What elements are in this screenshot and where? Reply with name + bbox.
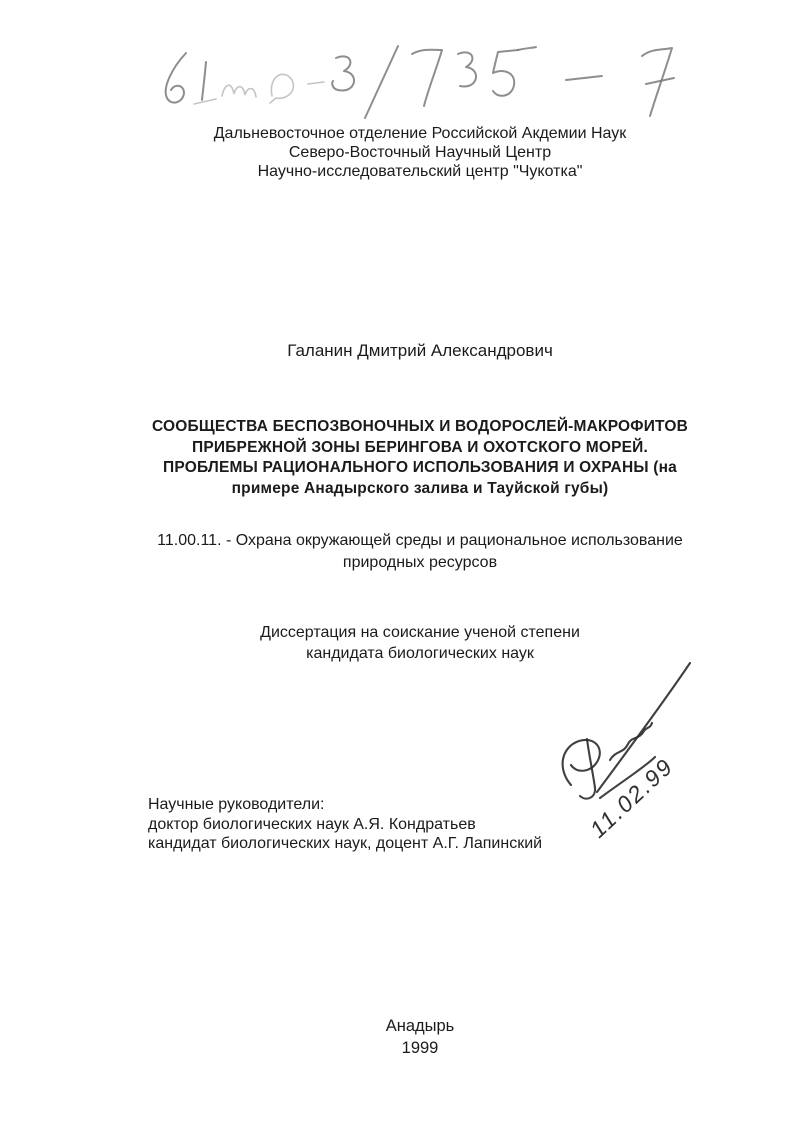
dissertation-title-line: ПРОБЛЕМЫ РАЦИОНАЛЬНОГО ИСПОЛЬЗОВАНИЯ И О… xyxy=(40,458,793,479)
handwriting-stroke xyxy=(412,50,442,106)
dissertation-title-page: Дальневосточное отделение Российской Акд… xyxy=(0,0,793,1122)
dissertation-title-line: СООБЩЕСТВА БЕСПОЗВОНОЧНЫХ И ВОДОРОСЛЕЙ-М… xyxy=(40,417,793,438)
organization-line: Северо-Восточный Научный Центр xyxy=(40,143,793,162)
handwriting-stroke xyxy=(458,52,476,86)
call-number-handwriting xyxy=(150,40,710,130)
author-name: Галанин Дмитрий Александрович xyxy=(40,340,793,361)
dissertation-title-line: ПРИБРЕЖНОЙ ЗОНЫ БЕРИНГОВА И ОХОТСКОГО МО… xyxy=(40,438,793,459)
handwriting-stroke xyxy=(365,46,398,118)
handwriting-stroke xyxy=(332,56,354,90)
dissertation-title: СООБЩЕСТВА БЕСПОЗВОНОЧНЫХ И ВОДОРОСЛЕЙ-М… xyxy=(40,417,793,499)
organization-line: Научно-исследовательский центр "Чукотка" xyxy=(40,162,793,181)
supervisor-line: кандидат биологических наук, доцент А.Г.… xyxy=(148,834,708,854)
handwriting-stroke xyxy=(270,74,293,103)
imprint-block: Анадырь 1999 xyxy=(40,1016,793,1059)
degree-statement-line: Диссертация на соискание ученой степени xyxy=(40,623,793,644)
handwriting-stroke xyxy=(202,62,206,100)
handwriting-stroke xyxy=(194,99,216,104)
handwriting-stroke xyxy=(518,47,536,50)
handwriting-stroke xyxy=(566,76,602,80)
organization-line: Дальневосточное отделение Российской Акд… xyxy=(40,124,793,143)
signature-stroke xyxy=(610,723,652,760)
imprint-year: 1999 xyxy=(40,1038,793,1060)
organization-block: Дальневосточное отделение Российской Акд… xyxy=(40,124,793,181)
handwriting-stroke xyxy=(222,85,256,97)
handwriting-stroke xyxy=(166,53,186,103)
supervisors-block: Научные руководители: доктор биологическ… xyxy=(148,795,708,854)
dissertation-title-line: примере Анадырского залива и Тауйской гу… xyxy=(40,479,793,500)
handwriting-stroke xyxy=(308,82,324,84)
supervisors-heading: Научные руководители: xyxy=(148,795,708,815)
supervisor-line: доктор биологических наук А.Я. Кондратье… xyxy=(148,815,708,835)
specialty-block: 11.00.11. - Охрана окружающей среды и ра… xyxy=(40,530,793,573)
specialty-line: 11.00.11. - Охрана окружающей среды и ра… xyxy=(40,530,793,552)
imprint-city: Анадырь xyxy=(40,1016,793,1038)
handwriting-stroke xyxy=(493,50,518,96)
specialty-line: природных ресурсов xyxy=(40,552,793,574)
